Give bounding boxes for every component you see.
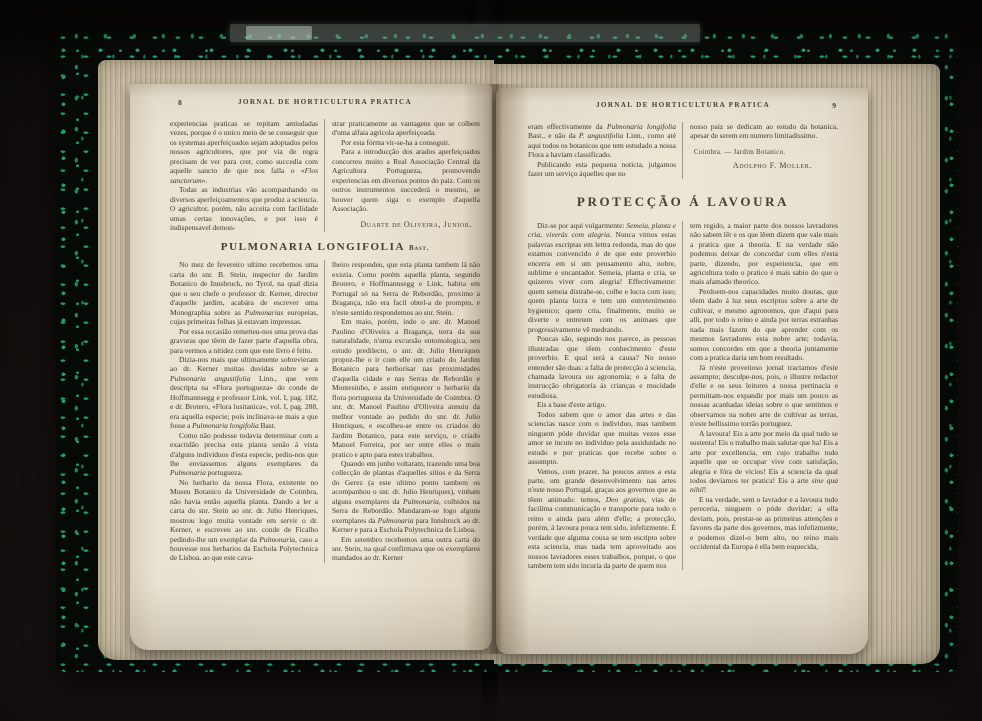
article-lavoura-body: Diz-se por aqui vulgarmente: Semeia, pla… <box>528 221 838 571</box>
paragraph: tem regido, a maior parte dos nossos lav… <box>690 221 838 287</box>
article-pulmonaria-column-1: No mez de fevereiro ultimo recebemos uma… <box>170 260 318 563</box>
paragraph: eram effectivamente da Pulmonaria longif… <box>528 122 676 160</box>
article-lavoura-column-2: tem regido, a maior parte dos nossos lav… <box>682 221 838 571</box>
article-title-pulmonaria-authority: Bast. <box>409 244 429 252</box>
dateline-coimbra-jardim-botanico: Coimbra. — Jardim Botanico. <box>690 149 838 156</box>
paragraph: Por esta fórma vir-se-ha a conseguir. <box>332 138 480 147</box>
paragraph: nosso paiz se dedicam ao estudo da botan… <box>690 122 838 141</box>
glass-strip-highlight <box>246 26 312 40</box>
paragraph: Dizia-nos mais que ultimamente sobrevier… <box>170 355 318 431</box>
paragraph: Por essa occasião remetteu-nos uma prova… <box>170 327 318 355</box>
paragraph: Como não podesse todavia determinar com … <box>170 431 318 478</box>
article-pulmonaria-end-column-2-text: nosso paiz se dedicam ao estudo da botan… <box>690 122 838 141</box>
page-number-left: 8 <box>178 98 182 107</box>
left-page: 8 JORNAL DE HORTICULTURA PRATICA experie… <box>130 84 492 650</box>
article-arados-column-2-text: strar praticamente as vantagens que se c… <box>332 119 480 214</box>
signature-adolpho-moller: Adolpho F. Moller. <box>690 161 838 170</box>
glass-holding-strip <box>230 24 700 42</box>
article-pulmonaria-end-column-2: nosso paiz se dedicam ao estudo da botan… <box>682 122 838 179</box>
running-title-right: JORNAL DE HORTICULTURA PRATICA <box>596 101 770 109</box>
paragraph: Todos sabem que o amor das artes e das s… <box>528 410 676 467</box>
article-arados-column-2: strar praticamente as vantagens que se c… <box>324 119 480 232</box>
paragraph: experiencias praticas se repitam amiudad… <box>170 119 318 185</box>
running-title-left: JORNAL DE HORTICULTURA PRATICA <box>238 98 412 106</box>
paragraph: Publicando esta pequena noticia, julgamo… <box>528 160 676 179</box>
paragraph: Diz-se por aqui vulgarmente: Semeia, pla… <box>528 221 676 334</box>
right-page: JORNAL DE HORTICULTURA PRATICA 9 eram ef… <box>496 88 868 654</box>
paragraph: Quando em junho voltaram, trazendo uma b… <box>332 459 480 535</box>
paragraph: A lavoura! Eis a arte por meio da qual t… <box>690 429 838 495</box>
article-title-proteccao-a-lavoura: PROTECÇÃO Á LAVOURA <box>528 194 838 210</box>
paragraph: Eis a base d'este artigo. <box>528 400 676 409</box>
paragraph: Em maio, porém, indo o snr. dr. Manoel P… <box>332 317 480 459</box>
paragraph: strar praticamente as vantagens que se c… <box>332 119 480 138</box>
article-pulmonaria-body: No mez de fevereiro ultimo recebemos uma… <box>170 260 480 563</box>
paragraph: lheiro respondeu, que esta planta tambem… <box>332 260 480 317</box>
left-page-content: 8 JORNAL DE HORTICULTURA PRATICA experie… <box>130 84 492 650</box>
paragraph: Perdoem-nos capacidades muito doutas, qu… <box>690 287 838 363</box>
running-head-left: 8 JORNAL DE HORTICULTURA PRATICA <box>170 98 480 110</box>
paragraph: Para a introducção dos arados aperfeiçoa… <box>332 147 480 213</box>
article-pulmonaria-column-2: lheiro respondeu, que esta planta tambem… <box>324 260 480 563</box>
article-arados-column-1: experiencias praticas se repitam amiudad… <box>170 119 318 232</box>
article-title-pulmonaria: PULMONARIA LONGIFOLIABast. <box>170 241 480 253</box>
page-number-right: 9 <box>832 101 836 110</box>
article-arados-continuation: experiencias praticas se repitam amiudad… <box>170 119 480 232</box>
right-page-content: JORNAL DE HORTICULTURA PRATICA 9 eram ef… <box>496 88 868 654</box>
paragraph: Vemos, com prazer, ha poucos annos a est… <box>528 467 676 571</box>
paragraph: Poucas são, segundo nos parece, as pesso… <box>528 334 676 400</box>
paragraph: No herbario da nossa Flora, existente no… <box>170 478 318 563</box>
paragraph: Em setembro recebemos uma outra carta do… <box>332 535 480 563</box>
paragraph: No mez de fevereiro ultimo recebemos uma… <box>170 260 318 326</box>
open-book-scan: 8 JORNAL DE HORTICULTURA PRATICA experie… <box>0 0 982 721</box>
running-head-right: JORNAL DE HORTICULTURA PRATICA 9 <box>528 101 838 113</box>
paragraph: Todas as industrias vão acompanhando os … <box>170 185 318 232</box>
article-pulmonaria-end: eram effectivamente da Pulmonaria longif… <box>528 122 838 179</box>
paragraph: E na verdade, sem o lavrador e a lavoura… <box>690 495 838 552</box>
paragraph: Já n'este proveitoso jornal tractamos d'… <box>690 363 838 429</box>
signature-duarte-oliveira: Duarte de Oliveira, Junior. <box>332 220 480 229</box>
article-lavoura-column-1: Diz-se por aqui vulgarmente: Semeia, pla… <box>528 221 676 571</box>
article-pulmonaria-end-column-1: eram effectivamente da Pulmonaria longif… <box>528 122 676 179</box>
article-title-pulmonaria-text: PULMONARIA LONGIFOLIA <box>221 241 405 253</box>
